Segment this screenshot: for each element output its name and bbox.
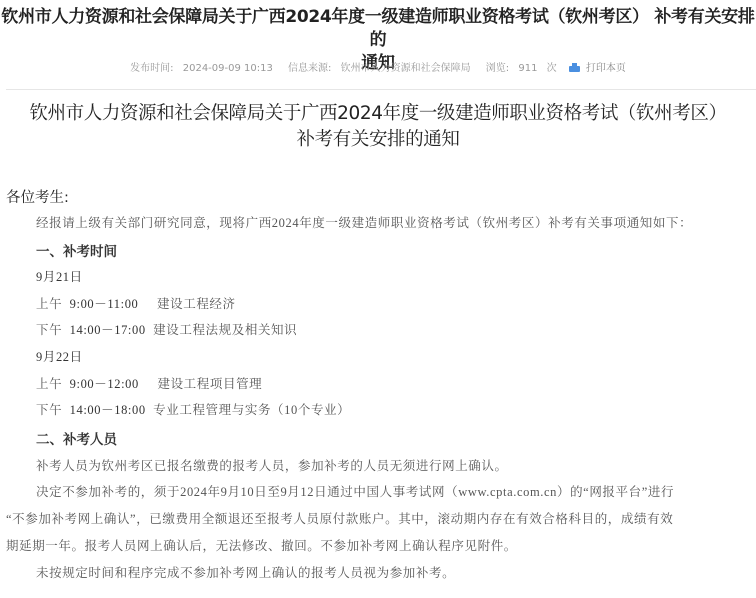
default-participation-paragraph: 未按规定时间和程序完成不参加补考网上确认的报考人员视为参加补考。 — [36, 563, 455, 581]
session-period: 上午 — [36, 297, 62, 311]
session-time: 14:00－17:00 — [70, 323, 146, 337]
view-count: 浏览: 911 次 — [483, 63, 560, 74]
exam-date: 9月22日 — [36, 347, 83, 365]
publish-time: 发布时间: 2024-09-09 10:13 — [127, 63, 276, 74]
session-period: 下午 — [36, 403, 62, 417]
print-page-link[interactable]: 打印本页 — [569, 63, 629, 74]
exam-session: 下午 14:00－17:00 建设工程法规及相关知识 — [36, 320, 297, 338]
document-title-line2: 补考有关安排的通知 — [0, 127, 756, 153]
session-period: 上午 — [36, 377, 62, 391]
session-time: 9:00－12:00 — [70, 377, 139, 391]
source-value: 钦州市人力资源和社会保障局 — [341, 63, 471, 74]
print-label: 打印本页 — [586, 63, 626, 74]
section-heading-candidates: 二、补考人员 — [36, 428, 117, 448]
intro-paragraph: 经报请上级有关部门研究同意，现将广西2024年度一级建造师职业资格考试（钦州考区… — [36, 213, 692, 231]
opt-out-paragraph-line3: 期延期一年。报考人员网上确认后，无法修改、撤回。不参加补考网上确认程序见附件。 — [6, 536, 517, 554]
header-divider — [6, 89, 756, 90]
session-period: 下午 — [36, 323, 62, 337]
section-heading-exam-time: 一、补考时间 — [36, 240, 117, 260]
greeting: 各位考生: — [6, 186, 69, 207]
exam-session: 下午 14:00－18:00 专业工程管理与实务（10个专业） — [36, 400, 350, 418]
printer-icon — [569, 63, 580, 72]
header-title-line1: 钦州市人力资源和社会保障局关于广西2024年度一级建造师职业资格考试（钦州考区）… — [0, 6, 756, 52]
publish-label: 发布时间: — [130, 63, 173, 74]
exam-session: 上午 9:00－12:00 建设工程项目管理 — [36, 374, 262, 392]
info-source: 信息来源: 钦州市人力资源和社会保障局 — [285, 63, 474, 74]
publish-time-value: 2024-09-09 10:13 — [183, 63, 273, 74]
session-subject: 建设工程项目管理 — [157, 377, 262, 391]
document-title: 钦州市人力资源和社会保障局关于广西2024年度一级建造师职业资格考试（钦州考区）… — [0, 101, 756, 153]
opt-out-paragraph-line2: “不参加补考网上确认”，已缴费用全额退还至报考人员原付款账户。其中，滚动期内存在… — [6, 509, 673, 527]
views-value: 911 — [518, 63, 537, 74]
session-subject: 专业工程管理与实务（10个专业） — [153, 403, 350, 417]
session-subject: 建设工程经济 — [157, 297, 236, 311]
views-unit: 次 — [547, 63, 557, 74]
session-time: 9:00－11:00 — [70, 297, 139, 311]
session-time: 14:00－18:00 — [70, 403, 146, 417]
opt-out-paragraph-line1: 决定不参加补考的，须于2024年9月10日至9月12日通过中国人事考试网（www… — [36, 482, 674, 500]
candidates-paragraph: 补考人员为钦州考区已报名缴费的报考人员，参加补考的人员无须进行网上确认。 — [36, 456, 508, 474]
exam-date: 9月21日 — [36, 267, 83, 285]
session-subject: 建设工程法规及相关知识 — [153, 323, 297, 337]
article-meta: 发布时间: 2024-09-09 10:13 信息来源: 钦州市人力资源和社会保… — [0, 62, 756, 76]
views-label: 浏览: — [486, 63, 509, 74]
exam-session: 上午 9:00－11:00 建设工程经济 — [36, 294, 236, 312]
document-title-line1: 钦州市人力资源和社会保障局关于广西2024年度一级建造师职业资格考试（钦州考区） — [0, 101, 756, 127]
source-label: 信息来源: — [288, 63, 331, 74]
